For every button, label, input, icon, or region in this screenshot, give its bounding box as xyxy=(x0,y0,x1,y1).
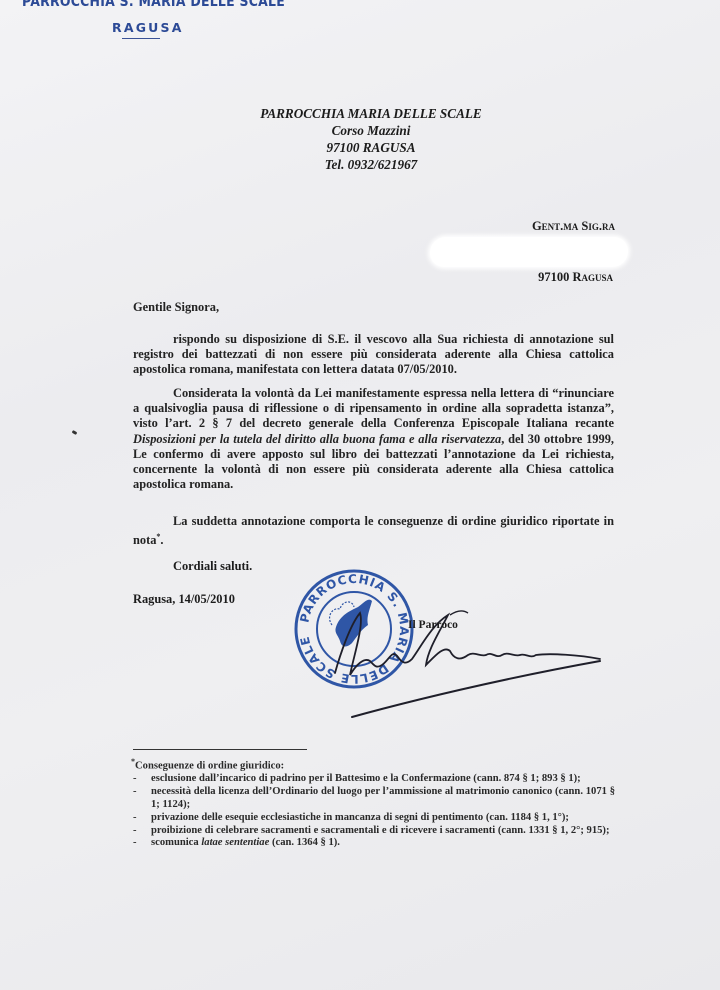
parish-stamp-city: RAGUSA xyxy=(112,20,184,35)
letterhead-city: 97100 RAGUSA xyxy=(0,139,720,156)
salutation: Gentile Signora, xyxy=(133,300,614,315)
stamp-underline xyxy=(122,38,160,39)
letterhead-name: PARROCCHIA MARIA DELLE SCALE xyxy=(0,105,720,122)
paper-speck xyxy=(72,430,78,435)
consequences-list: esclusione dall’incarico di padrino per … xyxy=(131,773,615,850)
list-item: privazione delle esequie ecclesiastiche … xyxy=(131,812,615,825)
footnote-heading-text: Conseguenze di ordine giuridico: xyxy=(135,761,284,772)
closing: Cordiali saluti. xyxy=(173,559,252,574)
list-item: scomunica latae sententiae (can. 1364 § … xyxy=(131,837,615,850)
list-item: esclusione dall’incarico di padrino per … xyxy=(131,773,615,786)
list-item: proibizione di celebrare sacramenti e sa… xyxy=(131,825,615,838)
scanned-letter: PARROCCHIA S. MARIA DELLE SCALE RAGUSA P… xyxy=(0,0,720,990)
recipient-name-redaction xyxy=(430,237,628,267)
list-item-text-end: (can. 1364 § 1). xyxy=(269,837,340,848)
footnote-heading: *Conseguenze di ordine giuridico: xyxy=(131,756,615,773)
paragraph-3: La suddetta annotazione comporta le cons… xyxy=(133,514,614,549)
list-item: necessità della licenza dell’Ordinario d… xyxy=(131,786,615,812)
list-item-italic: latae sententiae xyxy=(201,837,269,848)
letterhead: PARROCCHIA MARIA DELLE SCALE Corso Mazzi… xyxy=(0,105,720,173)
list-item-text: scomunica xyxy=(151,837,201,848)
letterhead-phone: Tel. 0932/621967 xyxy=(0,156,720,173)
recipient-city: 97100 Ragusa xyxy=(538,270,613,285)
signature-icon xyxy=(330,585,615,725)
decree-title: Disposizioni per la tutela del diritto a… xyxy=(133,432,501,446)
paragraph-3-end: . xyxy=(160,533,163,547)
recipient-title: Gent.ma Sig.ra xyxy=(532,219,615,234)
parish-stamp-header: PARROCCHIA S. MARIA DELLE SCALE xyxy=(22,0,285,10)
footnotes: *Conseguenze di ordine giuridico: esclus… xyxy=(131,756,615,850)
paragraph-3-text: La suddetta annotazione comporta le cons… xyxy=(133,514,614,547)
signatory-label: Il Parroco xyxy=(408,619,458,631)
paragraph-2: Considerata la volontà da Lei manifestam… xyxy=(133,386,614,492)
letterhead-street: Corso Mazzini xyxy=(0,122,720,139)
paragraph-1: rispondo su disposizione di S.E. il vesc… xyxy=(133,332,614,378)
footnote-divider xyxy=(133,749,307,750)
paragraph-2-part-a: Considerata la volontà da Lei manifestam… xyxy=(133,386,614,430)
place-date: Ragusa, 14/05/2010 xyxy=(133,592,235,607)
